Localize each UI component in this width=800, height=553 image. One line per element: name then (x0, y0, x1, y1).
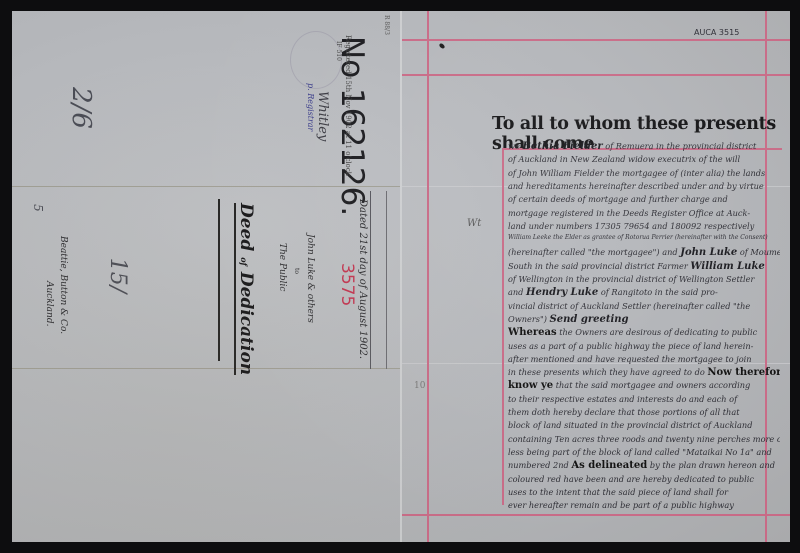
line-text: land under numbers 17305 79654 and 18009… (508, 221, 754, 231)
dated-line: Dated 21st day of August 1902. (357, 199, 368, 359)
deed-body-line: (hereinafter called "the mortgagee") and… (508, 247, 780, 258)
line-text: numbered 2nd (508, 460, 571, 470)
deed-body-line: and Hendry Luke of Rangitoto in the said… (508, 287, 780, 298)
deed-body-line: uses to the intent that the said piece o… (508, 487, 780, 497)
line-text: (hereinafter called "the mortgagee") and (508, 247, 680, 257)
deed-body-line: less being part of the block of land cal… (508, 447, 780, 457)
engrossed-word: As delineated (571, 460, 647, 471)
line-text: after mentioned and have requested the m… (508, 354, 752, 364)
line-text: we (508, 141, 522, 151)
party-name: Hendry Luke (526, 287, 598, 298)
engrossed-word: know ye (508, 380, 553, 391)
line-text: them doth hereby declare that those port… (508, 407, 740, 417)
bottom-rule (402, 514, 790, 516)
deed-body-line: them doth hereby declare that those port… (508, 407, 780, 417)
deed-document-sheet: 2/6 15/ 5 Beattie, Button & Co. Auckland… (12, 11, 790, 542)
deed-body-line: Whereas the Owners are desirous of dedic… (508, 327, 780, 338)
folio-ref: IF 510 (335, 41, 342, 61)
left-margin-rule (427, 11, 429, 542)
ink-blot (438, 43, 445, 50)
pencil-mark-left: 2/6 (66, 87, 96, 129)
deed-body-line: containing Ten acres three roods and twe… (508, 434, 780, 444)
deed-body-line: William Leeke the Elder as grantee of Ro… (508, 234, 780, 241)
deed-body-line: vincial district of Auckland Settler (he… (508, 301, 780, 311)
deed-body-line: numbered 2nd As delineated by the plan d… (508, 460, 780, 471)
line-text: South in the said provincial district Fa… (508, 261, 690, 271)
line-text: containing Ten acres three roods and twe… (508, 434, 780, 444)
deed-body-line: of certain deeds of mortgage and further… (508, 194, 780, 204)
deed-body-line: block of land situated in the provincial… (508, 420, 780, 430)
margin-initials: Wt (467, 218, 481, 229)
margin-mark: 10 (414, 381, 425, 391)
deed-body-line: ever hereafter remain and be part of a p… (508, 500, 780, 510)
endorsement-rule-2 (386, 191, 387, 369)
solicitors-city: Auckland. (44, 281, 54, 326)
line-text: of Wellington in the provincial district… (508, 274, 754, 284)
line-text: of Rangitoto in the said pro- (598, 287, 717, 297)
engrossed-word: Now therefore (707, 367, 780, 378)
line-text: vincial district of Auckland Settler (he… (508, 301, 750, 311)
line-text: of Auckland in New Zealand widow executr… (508, 154, 740, 164)
deed-body-line: know ye that the said mortgagee and owne… (508, 380, 780, 391)
top-rule-1 (402, 39, 790, 41)
registrar-signature: Whitley (315, 91, 330, 141)
line-text: less being part of the block of land cal… (508, 447, 772, 457)
red-number: 3575 (337, 263, 357, 306)
registrar-title: p. Registrar (306, 83, 315, 131)
deed-body-line: Owners") Send greeting (508, 314, 780, 325)
deed-body-line: of Wellington in the provincial district… (508, 274, 780, 284)
parties-to: to (293, 268, 300, 274)
party-name: William Luke (690, 261, 764, 272)
deed-body-line: in these presents which they have agreed… (508, 367, 780, 378)
party-name: John Luke (680, 247, 737, 258)
line-text: to their respective estates and interest… (508, 394, 737, 404)
deed-body-line: of Auckland in New Zealand widow executr… (508, 154, 780, 164)
pencil-mark-5: 5 (31, 204, 45, 212)
deed-body-line: mortgage registered in the Deeds Registe… (508, 208, 780, 218)
line-text: in these presents which they have agreed… (508, 367, 707, 377)
line-text: and (508, 287, 526, 297)
parties-from: John Luke & others (305, 234, 315, 323)
deed-body-line: after mentioned and have requested the m… (508, 354, 780, 364)
deed-body-line: we Bethia Fielder of Remuera in the prov… (508, 141, 780, 152)
registration-number: No 162126. (334, 36, 370, 216)
horizontal-fold-lower (12, 368, 400, 369)
registrar-note: Registered 15th Nov 1902 at 11 o'clock (344, 35, 352, 176)
line-text: by the plan drawn hereon and (647, 460, 775, 470)
deed-title: Deed of Dedication (234, 203, 256, 375)
deed-body-line: land under numbers 17305 79654 and 18009… (508, 221, 780, 231)
line-text: block of land situated in the provincial… (508, 420, 752, 430)
party-name: Bethia Fielder (522, 141, 602, 152)
line-text: of Remuera in the provincial district (603, 141, 757, 151)
deed-body-line: South in the said provincial district Fa… (508, 261, 780, 272)
line-text: uses as a part of a public highway the p… (508, 341, 753, 351)
deed-body-line: uses as a part of a public highway the p… (508, 341, 780, 351)
corner-ref: R 88/3 (383, 15, 390, 35)
deed-body-line: and hereditaments hereinafter described … (508, 181, 780, 191)
line-text: uses to the intent that the said piece o… (508, 487, 728, 497)
deed-body-line: coloured red have been and are hereby de… (508, 474, 780, 484)
pencil-mark-middle: 15/ (105, 258, 130, 293)
line-text: Owners") (508, 314, 550, 324)
line-text: the Owners are desirous of dedicating to… (557, 327, 758, 337)
title-rule (218, 199, 220, 361)
line-text: mortgage registered in the Deeds Registe… (508, 208, 750, 218)
line-text: of certain deeds of mortgage and further… (508, 194, 728, 204)
line-text: coloured red have been and are hereby de… (508, 474, 754, 484)
archive-reference: AUCA 3515 (694, 28, 739, 37)
party-name: Send greeting (550, 314, 629, 325)
line-text: of John William Fielder the mortgagee of… (508, 168, 765, 178)
top-rule-2 (402, 74, 790, 76)
line-text: and hereditaments hereinafter described … (508, 181, 764, 191)
deed-body-line: of John William Fielder the mortgagee of… (508, 168, 780, 178)
line-text: William Leeke the Elder as grantee of Ro… (508, 234, 768, 241)
solicitors-name: Beattie, Button & Co. (58, 236, 68, 334)
endorsement-rule (370, 191, 371, 369)
line-text: of Moumea (737, 247, 780, 257)
parties-recipient: The Public (277, 243, 287, 291)
line-text: ever hereafter remain and be part of a p… (508, 500, 734, 510)
center-fold (400, 11, 402, 542)
engrossed-word: Whereas (508, 327, 557, 338)
line-text: that the said mortgagee and owners accor… (553, 380, 750, 390)
deed-body-line: to their respective estates and interest… (508, 394, 780, 404)
